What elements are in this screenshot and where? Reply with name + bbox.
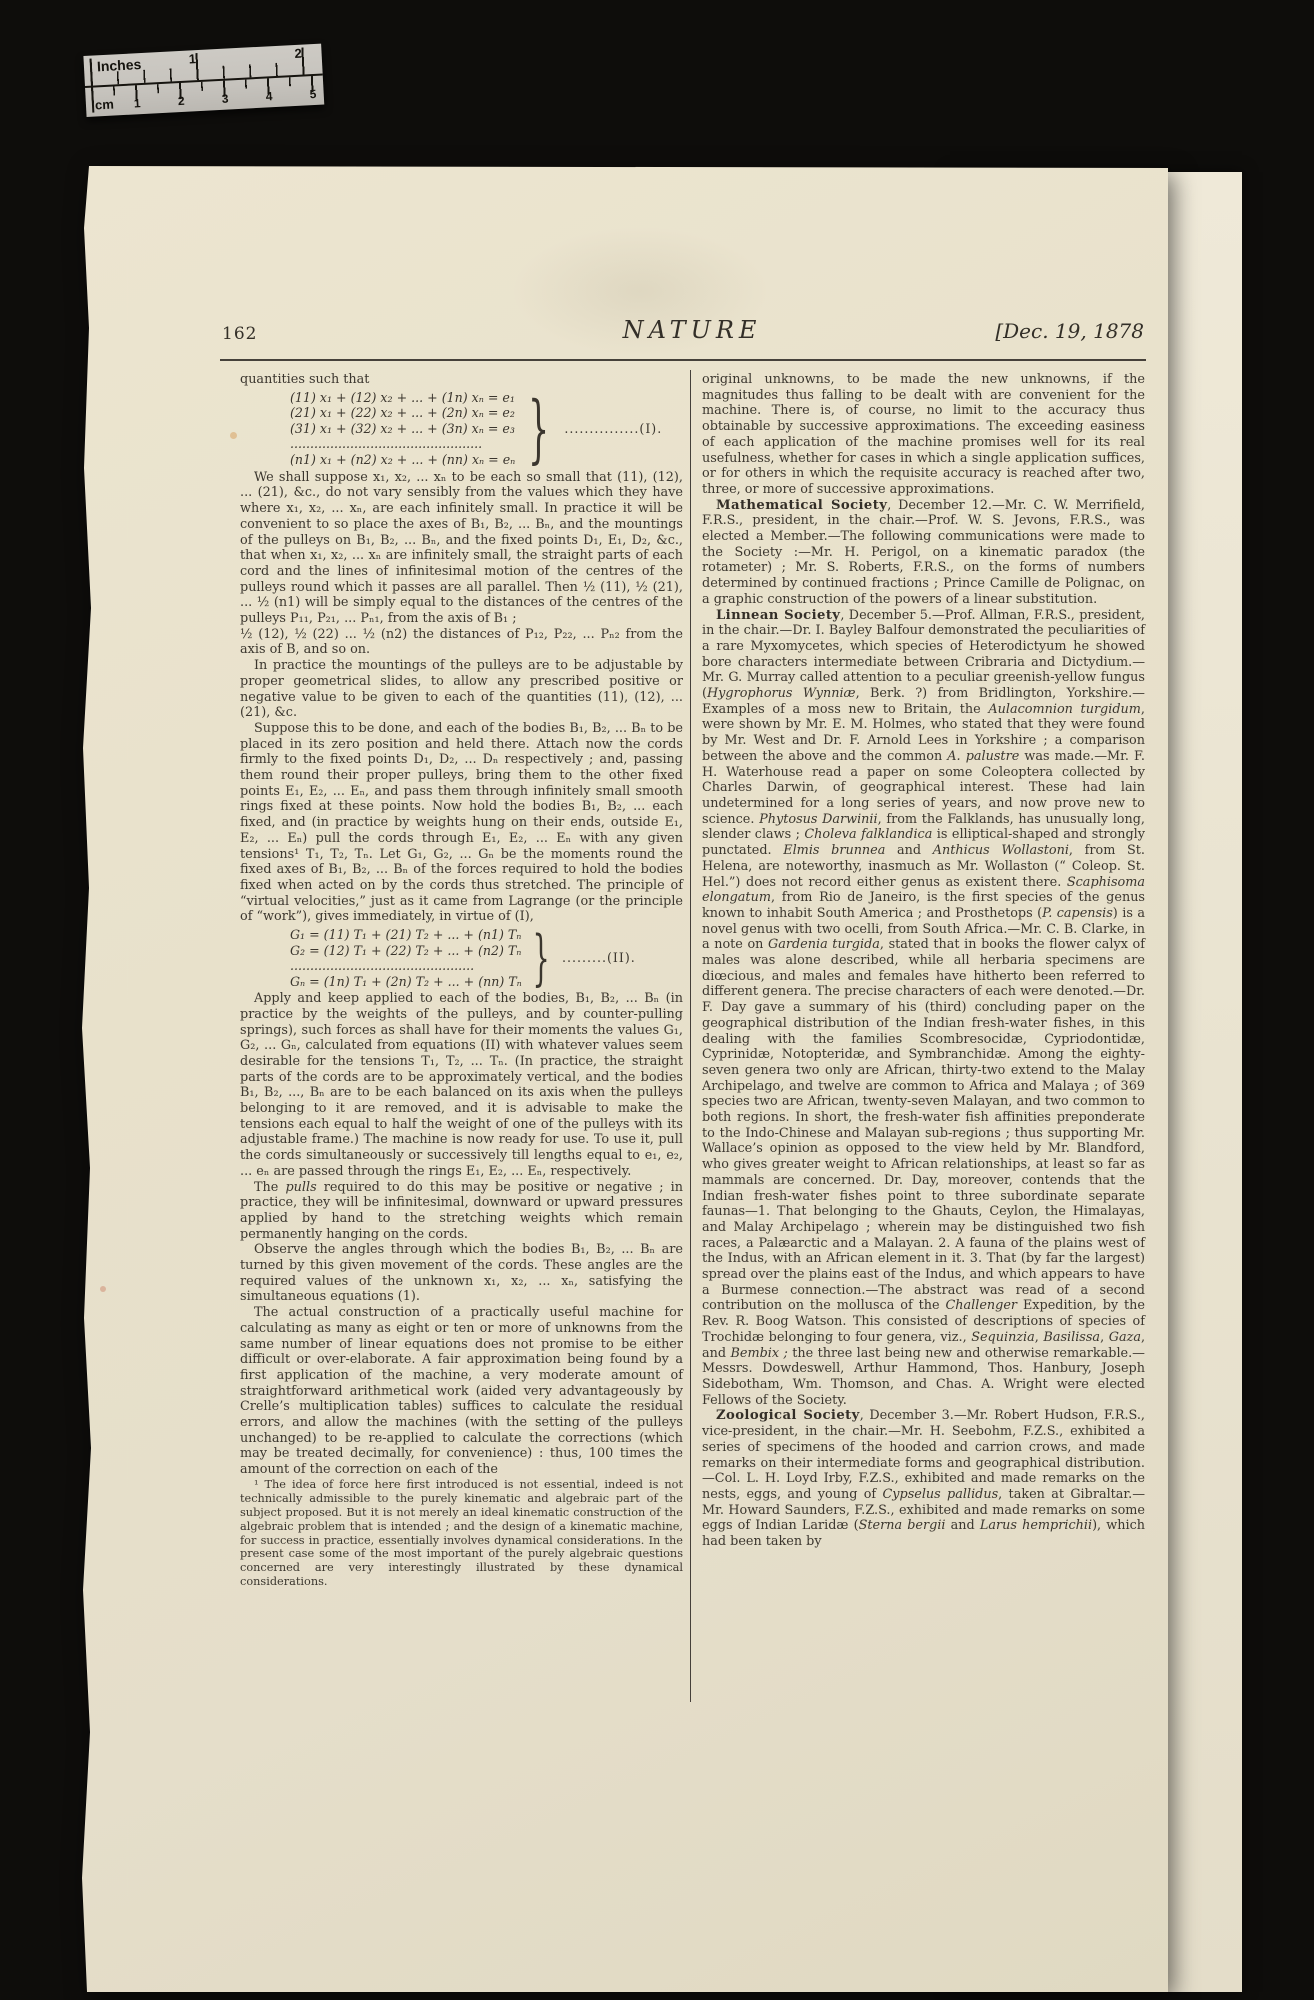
right-column: original unknowns, to be made the new un… [702, 372, 1145, 1550]
issue-date: [Dec. 19, 1878 [995, 319, 1144, 343]
paragraph-continuation: original unknowns, to be made the new un… [702, 372, 1145, 498]
equation-block-1: (11) x₁ + (12) x₂ + ... + (1n) xₙ = e₁ (… [290, 390, 683, 468]
equation-rows: G₁ = (11) T₁ + (21) T₂ + ... + (n1) Tₙ G… [290, 927, 522, 989]
paragraph-intro: quantities such that [240, 372, 683, 388]
paragraph: In practice the mountings of the pulleys… [240, 658, 683, 721]
paragraph: Observe the angles through which the bod… [240, 1242, 683, 1305]
society-report-linnean: Linnean Society, December 5.—Prof. Allma… [702, 608, 1145, 1409]
paragraph: ½ (12), ½ (22) ... ½ (n2) the distances … [240, 627, 683, 658]
footnote: ¹ The idea of force here first introduce… [240, 1478, 683, 1589]
equation-label: ...............(I). [564, 421, 662, 437]
ruler-cm-label: cm [95, 97, 115, 113]
header-rule [220, 359, 1146, 361]
equation-row: G₂ = (12) T₁ + (22) T₂ + ... + (n2) Tₙ [290, 943, 521, 958]
left-column: quantities such that (11) x₁ + (12) x₂ +… [240, 372, 683, 1589]
society-heading: Zoological Society [716, 1408, 860, 1423]
ruler-cm-number: 4 [265, 89, 272, 103]
page-speck [100, 1286, 106, 1292]
measurement-ruler: Inches 1 2 cm 1 2 3 4 5 [83, 44, 324, 117]
society-report-zoological: Zoological Society, December 3.—Mr. Robe… [702, 1408, 1145, 1549]
society-heading: Linnean Society [716, 608, 840, 623]
paragraph: The pulls required to do this may be pos… [240, 1180, 683, 1243]
column-divider [690, 370, 691, 1702]
society-body: , December 3.—Mr. Robert Hudson, F.R.S.,… [702, 1408, 1145, 1549]
paragraph: Apply and keep applied to each of the bo… [240, 991, 683, 1179]
ruler-cm-number: 3 [221, 92, 228, 106]
society-report-mathematical: Mathematical Society, December 12.—Mr. C… [702, 498, 1145, 608]
equation-brace: } [532, 927, 549, 989]
equation-row: (n1) x₁ + (n2) x₂ + ... + (nn) xₙ = eₙ [290, 452, 515, 467]
paragraph: Suppose this to be done, and each of the… [240, 721, 683, 925]
equation-label: .........(II). [562, 950, 636, 966]
ruler-cm-number: 5 [309, 87, 316, 101]
ruler-inch-number: 2 [294, 46, 302, 61]
ruler-cm-number: 2 [178, 94, 185, 108]
paragraph: The actual construction of a practically… [240, 1305, 683, 1478]
ruler-cm-number: 1 [134, 96, 141, 110]
equation-block-2: G₁ = (11) T₁ + (21) T₂ + ... + (n1) Tₙ G… [290, 927, 683, 989]
equation-brace: } [528, 390, 549, 468]
equation-rows: (11) x₁ + (12) x₂ + ... + (1n) xₙ = e₁ (… [290, 390, 515, 468]
journal-page: 162 NATURE [Dec. 19, 1878 quantities suc… [80, 166, 1168, 1992]
society-body: , December 5.—Prof. Allman, F.R.S., pres… [702, 608, 1145, 1408]
scan-background: { "ruler": { "top_label": "Inches", "bot… [0, 0, 1314, 2000]
equation-row: (11) x₁ + (12) x₂ + ... + (1n) xₙ = e₁ [290, 390, 515, 405]
page-wrapper: 162 NATURE [Dec. 19, 1878 quantities suc… [80, 166, 1168, 1992]
ruler-inch-number: 1 [188, 51, 196, 66]
equation-row: (31) x₁ + (32) x₂ + ... + (3n) xₙ = e₃ [290, 421, 515, 436]
ruler-inches-label: Inches [97, 56, 142, 74]
equation-row-dots: ........................................… [290, 958, 474, 973]
page-speck [230, 432, 237, 439]
paragraph: We shall suppose x₁, x₂, ... xₙ to be ea… [240, 470, 683, 627]
equation-row: (21) x₁ + (22) x₂ + ... + (2n) xₙ = e₂ [290, 405, 515, 420]
equation-row-dots: ........................................… [290, 436, 482, 451]
society-body: , December 12.—Mr. C. W. Merrifield, F.R… [702, 498, 1145, 607]
society-heading: Mathematical Society [716, 498, 887, 513]
equation-row: Gₙ = (1n) T₁ + (2n) T₂ + ... + (nn) Tₙ [290, 974, 522, 989]
equation-row: G₁ = (11) T₁ + (21) T₂ + ... + (n1) Tₙ [290, 927, 521, 942]
